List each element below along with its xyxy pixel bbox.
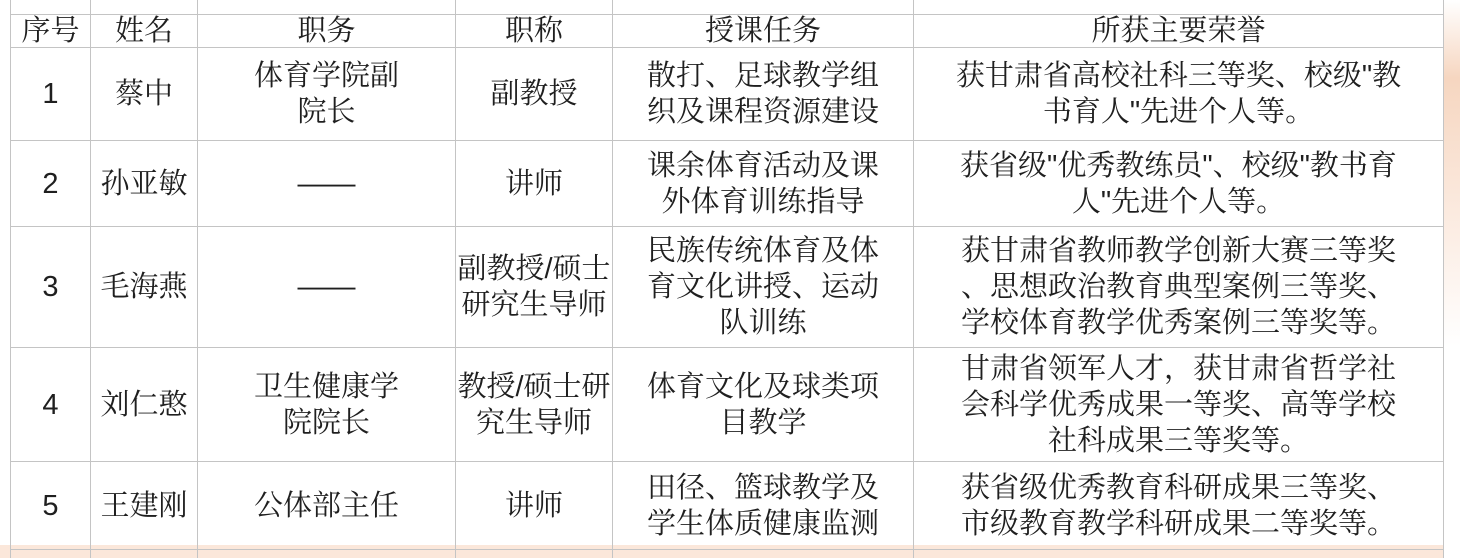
header-row: 序号 姓名 职务 职称 授课任务 所获主要荣誉 bbox=[11, 15, 1444, 48]
cell-index: 2 bbox=[11, 141, 91, 227]
table-row: 2 孙亚敏 —— 讲师 课余体育活动及课 外体育训练指导 获省级"优秀教练员"、… bbox=[11, 141, 1444, 227]
cell-index: 1 bbox=[11, 48, 91, 141]
cell-tasks: 散打、足球教学组 织及课程资源建设 bbox=[613, 48, 914, 141]
header-index: 序号 bbox=[11, 15, 91, 48]
right-edge-tint bbox=[1444, 0, 1460, 558]
cell-title: 讲师 bbox=[456, 462, 613, 550]
empty-cell bbox=[91, 0, 198, 15]
table-row: 3 毛海燕 —— 副教授/硕士 研究生导师 民族传统体育及体 育文化讲授、运动 … bbox=[11, 227, 1444, 348]
cell-tasks: 民族传统体育及体 育文化讲授、运动 队训练 bbox=[613, 227, 914, 348]
cropped-row-top bbox=[11, 0, 1444, 15]
faculty-table: 序号 姓名 职务 职称 授课任务 所获主要荣誉 1 蔡中 体育学院副 院长 副教… bbox=[10, 0, 1444, 558]
empty-cell bbox=[613, 0, 914, 15]
header-position: 职务 bbox=[198, 15, 456, 48]
empty-cell bbox=[11, 550, 91, 558]
empty-cell bbox=[914, 550, 1444, 558]
cell-honors: 甘肃省领军人才，获甘肃省哲学社 会科学优秀成果一等奖、高等学校 社科成果三等奖等… bbox=[914, 348, 1444, 462]
empty-cell bbox=[198, 550, 456, 558]
cell-name: 刘仁憨 bbox=[91, 348, 198, 462]
cell-name: 毛海燕 bbox=[91, 227, 198, 348]
cell-position: 卫生健康学 院院长 bbox=[198, 348, 456, 462]
cell-tasks: 田径、篮球教学及 学生体质健康监测 bbox=[613, 462, 914, 550]
table-row: 5 王建刚 公体部主任 讲师 田径、篮球教学及 学生体质健康监测 获省级优秀教育… bbox=[11, 462, 1444, 550]
empty-cell bbox=[91, 550, 198, 558]
cell-tasks: 体育文化及球类项 目教学 bbox=[613, 348, 914, 462]
header-tasks: 授课任务 bbox=[613, 15, 914, 48]
empty-cell bbox=[914, 0, 1444, 15]
screenshot-canvas: 序号 姓名 职务 职称 授课任务 所获主要荣誉 1 蔡中 体育学院副 院长 副教… bbox=[0, 0, 1460, 558]
empty-cell bbox=[198, 0, 456, 15]
cell-position: 公体部主任 bbox=[198, 462, 456, 550]
cell-honors: 获甘肃省教师教学创新大赛三等奖 、思想政治教育典型案例三等奖、 学校体育教学优秀… bbox=[914, 227, 1444, 348]
empty-cell bbox=[456, 0, 613, 15]
cell-name: 孙亚敏 bbox=[91, 141, 198, 227]
cell-index: 4 bbox=[11, 348, 91, 462]
cell-position: —— bbox=[198, 141, 456, 227]
cell-name: 蔡中 bbox=[91, 48, 198, 141]
cell-title: 副教授 bbox=[456, 48, 613, 141]
cell-index: 3 bbox=[11, 227, 91, 348]
empty-cell bbox=[613, 550, 914, 558]
cell-position: 体育学院副 院长 bbox=[198, 48, 456, 141]
cell-index: 5 bbox=[11, 462, 91, 550]
header-name: 姓名 bbox=[91, 15, 198, 48]
cell-name: 王建刚 bbox=[91, 462, 198, 550]
cell-honors: 获省级"优秀教练员"、校级"教书育 人"先进个人等。 bbox=[914, 141, 1444, 227]
cell-title: 副教授/硕士 研究生导师 bbox=[456, 227, 613, 348]
table-row: 4 刘仁憨 卫生健康学 院院长 教授/硕士研 究生导师 体育文化及球类项 目教学… bbox=[11, 348, 1444, 462]
cell-position: —— bbox=[198, 227, 456, 348]
cell-honors: 获省级优秀教育科研成果三等奖、 市级教育教学科研成果二等奖等。 bbox=[914, 462, 1444, 550]
cell-title: 讲师 bbox=[456, 141, 613, 227]
empty-cell bbox=[456, 550, 613, 558]
table-row: 1 蔡中 体育学院副 院长 副教授 散打、足球教学组 织及课程资源建设 获甘肃省… bbox=[11, 48, 1444, 141]
header-title: 职称 bbox=[456, 15, 613, 48]
empty-cell bbox=[11, 0, 91, 15]
header-honors: 所获主要荣誉 bbox=[914, 15, 1444, 48]
cell-title: 教授/硕士研 究生导师 bbox=[456, 348, 613, 462]
cropped-row-bottom bbox=[11, 550, 1444, 558]
cell-honors: 获甘肃省高校社科三等奖、校级"教 书育人"先进个人等。 bbox=[914, 48, 1444, 141]
cell-tasks: 课余体育活动及课 外体育训练指导 bbox=[613, 141, 914, 227]
